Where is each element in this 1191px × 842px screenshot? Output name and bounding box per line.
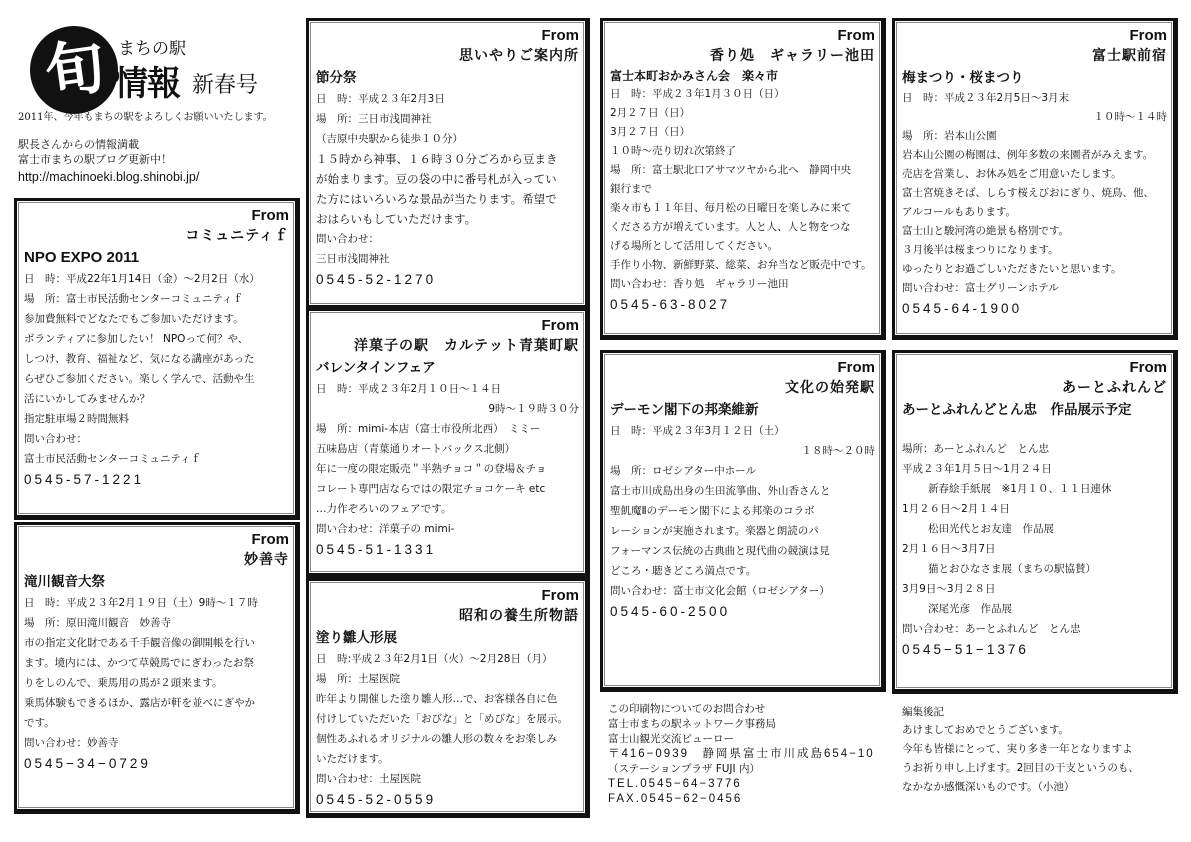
event-line: 3月２７日（日） [610, 123, 875, 142]
event-line: らぜひご参加ください。楽しく学んで、活動や生 [24, 369, 289, 389]
event-line: 場 所：mimi-本店（富士市役所北西） ミミー [316, 419, 579, 439]
event-line: 日 時：平成２３年2月5日〜3月末 [902, 89, 1167, 108]
logo-title: 情報 [114, 56, 180, 105]
event-line: 問い合わせ：土屋医院 [316, 769, 579, 789]
event-line: ます。境内には、かつて草競馬でにぎわったお祭 [24, 653, 289, 673]
event-box-myozenji: From 妙善寺 滝川観音大祭 日 時：平成２３年2月１９日（土）9時〜１７時 … [14, 522, 300, 814]
event-line: 五味島店（青葉通りオートバックス北側） [316, 439, 579, 459]
event-line: 日 時：平成２３年1月３０日（日） [610, 85, 875, 104]
event-line: フォーマンス伝統の古典曲と現代曲の競演は見 [610, 541, 875, 561]
event-line: くださる方が増えています。人と人、人と物をつな [610, 218, 875, 237]
event-line: 参加費無料でどなたでもご参加いただけます。 [24, 309, 289, 329]
event-line: 昨年より開催した塗り雛人形…で、お客様各自に色 [316, 689, 579, 709]
contact-address: 〒416−0939 静岡県富士市川成島654−10 [608, 747, 875, 762]
event-box-fuji-ekimae: From 富士駅前宿 梅まつり・桜まつり 日 時：平成２３年2月5日〜3月末 １… [892, 18, 1178, 340]
event-line: 新春絵手紙展 ※1月１０、１１日連休 [902, 479, 1167, 499]
event-title: 富士本町おかみさん会 楽々市 [610, 67, 875, 85]
event-line: 問い合わせ：妙善寺 [24, 733, 289, 753]
organizer-name: コミュニティｆ [24, 225, 289, 247]
event-title: 梅まつり・桜まつり [902, 67, 1167, 89]
organizer-name: あーとふれんど [902, 377, 1167, 399]
editor-notes-title: 編集後記 [902, 704, 1139, 721]
from-label: From [24, 531, 289, 549]
from-label: From [610, 27, 875, 45]
phone-number: 0545-52-0559 [316, 789, 579, 811]
event-line: １０時〜１４時 [902, 108, 1167, 127]
event-line: ３月後半は桜まつりになります。 [902, 241, 1167, 260]
event-line: １０時〜売り切れ次第終了 [610, 142, 875, 161]
event-line: コレート専門店ならではの限定チョコケーキ etc [316, 479, 579, 499]
event-line: おはらいもしていただけます。 [316, 209, 579, 229]
event-line: １８時〜２０時 [610, 441, 875, 461]
event-line: 富士市川成島出身の生田流箏曲、外山香さんと [610, 481, 875, 501]
event-line: 富士市民活動センターコミュニティｆ [24, 449, 289, 469]
event-line: 乗馬体験もできるほか、露店が軒を並べにぎやか [24, 693, 289, 713]
from-label: From [902, 359, 1167, 377]
event-line: 1月２６日〜2月１４日 [902, 499, 1167, 519]
event-line: 日 時：平成２３年3月１２日（土） [610, 421, 875, 441]
contact-line: この印刷物についてのお問合わせ [608, 702, 875, 717]
event-line: 問い合わせ： [24, 429, 289, 449]
event-line: 場 所：三日市浅間神社 [316, 109, 579, 129]
event-line: …力作ぞろいのフェアです。 [316, 499, 579, 519]
organizer-name: 文化の始発駅 [610, 377, 875, 399]
event-line: 問い合わせ：あーとふれんど とん忠 [902, 619, 1167, 639]
editor-notes-line: 今年も皆様にとって、実り多き一年となりますよ [902, 740, 1139, 759]
event-line: 2月１６日〜3月7日 [902, 539, 1167, 559]
event-title: 滝川観音大祭 [24, 571, 289, 593]
event-line: 日 時：平成２３年2月１０日〜１４日 [316, 379, 579, 399]
event-title: あーとふれんどとん忠 作品展示予定 [902, 399, 1167, 421]
contact-line: （ステーションプラザ FUJI 内） [608, 762, 875, 777]
event-title: 節分祭 [316, 67, 579, 89]
contact-line: 富士山観光交流ビューロー [608, 732, 875, 747]
spacer [902, 421, 1167, 439]
event-line: （吉原中央駅から徒歩１０分） [316, 129, 579, 149]
phone-number: 0545-51-1331 [316, 539, 579, 561]
from-label: From [316, 27, 579, 45]
blog-line-2: 富士市まちの駅ブログ更新中！ [18, 151, 172, 167]
event-line: いただけます。 [316, 749, 579, 769]
phone-number: 0545-63-8027 [610, 294, 875, 316]
organizer-name: 洋菓子の駅 カルテット青葉町駅 [316, 335, 579, 357]
event-line: 場所：あーとふれんど とん忠 [902, 439, 1167, 459]
event-box-kaoridokoro: From 香り処 ギャラリー池田 富士本町おかみさん会 楽々市 日 時：平成２３… [600, 18, 886, 340]
event-line: た方にはいろいろな景品が当たります。希望で [316, 189, 579, 209]
event-line: 日 時：平成２３年2月１９日（土）9時〜１７時 [24, 593, 289, 613]
event-box-omoiyari: From 思いやりご案内所 節分祭 日 時：平成２３年2月3日 場 所：三日市浅… [306, 18, 590, 310]
event-title: バレンタインフェア [316, 357, 579, 379]
event-line: アルコールもあります。 [902, 203, 1167, 222]
event-line: 場 所：土屋医院 [316, 669, 579, 689]
event-line: 富士宮焼きそば、しらす桜えびおにぎり、焼鳥、他、 [902, 184, 1167, 203]
contact-fax: FAX.0545−62−0456 [608, 792, 875, 807]
phone-number: 0545-64-1900 [902, 298, 1167, 320]
event-line: 指定駐車場２時間無料 [24, 409, 289, 429]
event-line: が始まります。豆の袋の中に番号札が入ってい [316, 169, 579, 189]
from-label: From [610, 359, 875, 377]
event-box-community-f: From コミュニティｆ NPO EXPO 2011 日 時：平成22年1月14… [14, 198, 300, 520]
event-line: ボランティアに参加したい！ NPOって何？や、 [24, 329, 289, 349]
event-line: です。 [24, 713, 289, 733]
event-line: レーションが実施されます。楽器と朗読のパ [610, 521, 875, 541]
event-line: 問い合わせ：富士グリーンホテル [902, 279, 1167, 298]
phone-number: 0545-60-2500 [610, 601, 875, 623]
organizer-name: 昭和の養生所物語 [316, 605, 579, 627]
logo-shun-glyph: 旬 [35, 27, 115, 112]
event-box-showa: From 昭和の養生所物語 塗り雛人形展 日 時:平成２３年2月1日（火）〜2月… [306, 578, 590, 818]
event-line: 日 時:平成２３年2月1日（火）〜2月28日（月） [316, 649, 579, 669]
event-line: 場 所：原田滝川観音 妙善寺 [24, 613, 289, 633]
event-line: 猫とおひなさま展（まちの駅協賛） [902, 559, 1167, 579]
event-line: 年に一度の限定販売＂半熟チョコ＂の登場＆チョ [316, 459, 579, 479]
event-line: 市の指定文化財である千手観音像の御開帳を行い [24, 633, 289, 653]
event-line: 日 時：平成２３年2月3日 [316, 89, 579, 109]
event-line: 2月２７日（日） [610, 104, 875, 123]
event-line: １５時から神事、１６時３０分ごろから豆まき [316, 149, 579, 169]
event-line: どころ・聴きどころ満点です。 [610, 561, 875, 581]
phone-number: 0545−51−1376 [902, 639, 1167, 661]
event-line: 平成２３年1月５日〜1月２４日 [902, 459, 1167, 479]
event-line: 岩本山公園の梅園は、例年多数の来園者がみえます。 [902, 146, 1167, 165]
from-label: From [316, 587, 579, 605]
event-line: 問い合わせ：洋菓子の mimi- [316, 519, 579, 539]
event-line: 場 所：富士市民活動センターコミュニティｆ [24, 289, 289, 309]
event-line: げる場所として活用してください。 [610, 237, 875, 256]
event-line: 付けしていただいた「おびな」と「めびな」を展示。 [316, 709, 579, 729]
editor-notes-line: あけましておめでとうございます。 [902, 721, 1139, 740]
event-line: 場 所：ロゼシアター中ホール [610, 461, 875, 481]
event-line: りをしのんで、乗馬用の馬が２頭来ます。 [24, 673, 289, 693]
issue-label: 新春号 [192, 68, 258, 99]
event-line: 深尾光彦 作品展 [902, 599, 1167, 619]
organizer-name: 思いやりご案内所 [316, 45, 579, 67]
event-line: 問い合わせ：香り処 ギャラリー池田 [610, 275, 875, 294]
blog-url-link[interactable]: http://machinoeki.blog.shinobi.jp/ [18, 170, 199, 184]
event-line: しつけ、教育、福祉など、気になる講座があった [24, 349, 289, 369]
event-box-yogashi: From 洋菓子の駅 カルテット青葉町駅 バレンタインフェア 日 時：平成２３年… [306, 308, 590, 578]
editor-notes-line: うお祈り申し上げます。2回目の干支というのも、 [902, 759, 1139, 778]
organizer-name: 香り処 ギャラリー池田 [610, 45, 875, 67]
from-label: From [24, 207, 289, 225]
phone-number: 0545−34−0729 [24, 753, 289, 775]
event-line: 売店を営業し、お休み処をご用意いたします。 [902, 165, 1167, 184]
event-line: 場 所：岩本山公園 [902, 127, 1167, 146]
event-line: 9時〜１９時３０分 [316, 399, 579, 419]
from-label: From [316, 317, 579, 335]
event-line: 三日市浅間神社 [316, 249, 579, 269]
editor-notes: 編集後記 あけましておめでとうございます。 今年も皆様にとって、実り多き一年とな… [902, 704, 1139, 797]
blog-line-1: 駅長さんからの情報満載 [18, 136, 139, 152]
event-line: 日 時：平成22年1月14日（金）〜2月2日（水） [24, 269, 289, 289]
editor-notes-line: なかなか感慨深いものです。（小池） [902, 778, 1139, 797]
phone-number: 0545-57-1221 [24, 469, 289, 491]
event-line: 3月9日〜3月２８日 [902, 579, 1167, 599]
event-title: 塗り雛人形展 [316, 627, 579, 649]
from-label: From [902, 27, 1167, 45]
event-line: 楽々市も１１年目、毎月松の日曜日を楽しみに来て [610, 199, 875, 218]
event-line: 活にいかしてみませんか？ [24, 389, 289, 409]
event-line: 富士山と駿河湾の絶景も格別です。 [902, 222, 1167, 241]
event-line: 問い合わせ：富士市文化会館（ロゼシアター） [610, 581, 875, 601]
contact-info: この印刷物についてのお問合わせ 富士市まちの駅ネットワーク事務局 富士山観光交流… [608, 702, 875, 807]
event-line: 手作り小物、新鮮野菜、総菜、お弁当など販売中です。 [610, 256, 875, 275]
event-title: NPO EXPO 2011 [24, 247, 289, 269]
event-box-bunka: From 文化の始発駅 デーモン閣下の邦楽維新 日 時：平成２３年3月１２日（土… [600, 350, 886, 692]
event-line: 銀行まで [610, 180, 875, 199]
masthead: 旬 まちの駅 情報 新春号 2011年、今年もまちの駅をよろしくお願いいたします… [14, 10, 294, 190]
event-line: 個性あふれるオリジナルの雛人形の数々をお楽しみ [316, 729, 579, 749]
event-line: ゆったりとお過ごしいただきたいと思います。 [902, 260, 1167, 279]
event-line: 聖飢魔Ⅱのデーモン閣下による邦楽のコラボ [610, 501, 875, 521]
new-year-greeting: 2011年、今年もまちの駅をよろしくお願いいたします。 [18, 108, 273, 123]
event-line: 松田光代とお友達 作品展 [902, 519, 1167, 539]
phone-number: 0545-52-1270 [316, 269, 579, 291]
organizer-name: 妙善寺 [24, 549, 289, 571]
contact-tel: TEL.0545−64−3776 [608, 777, 875, 792]
contact-line: 富士市まちの駅ネットワーク事務局 [608, 717, 875, 732]
event-line: 場 所：富士駅北口アサマツヤから北へ 静岡中央 [610, 161, 875, 180]
organizer-name: 富士駅前宿 [902, 45, 1167, 67]
event-title: デーモン閣下の邦楽維新 [610, 399, 875, 421]
event-line: 問い合わせ： [316, 229, 579, 249]
event-box-art-friend: From あーとふれんど あーとふれんどとん忠 作品展示予定 場所：あーとふれん… [892, 350, 1178, 694]
